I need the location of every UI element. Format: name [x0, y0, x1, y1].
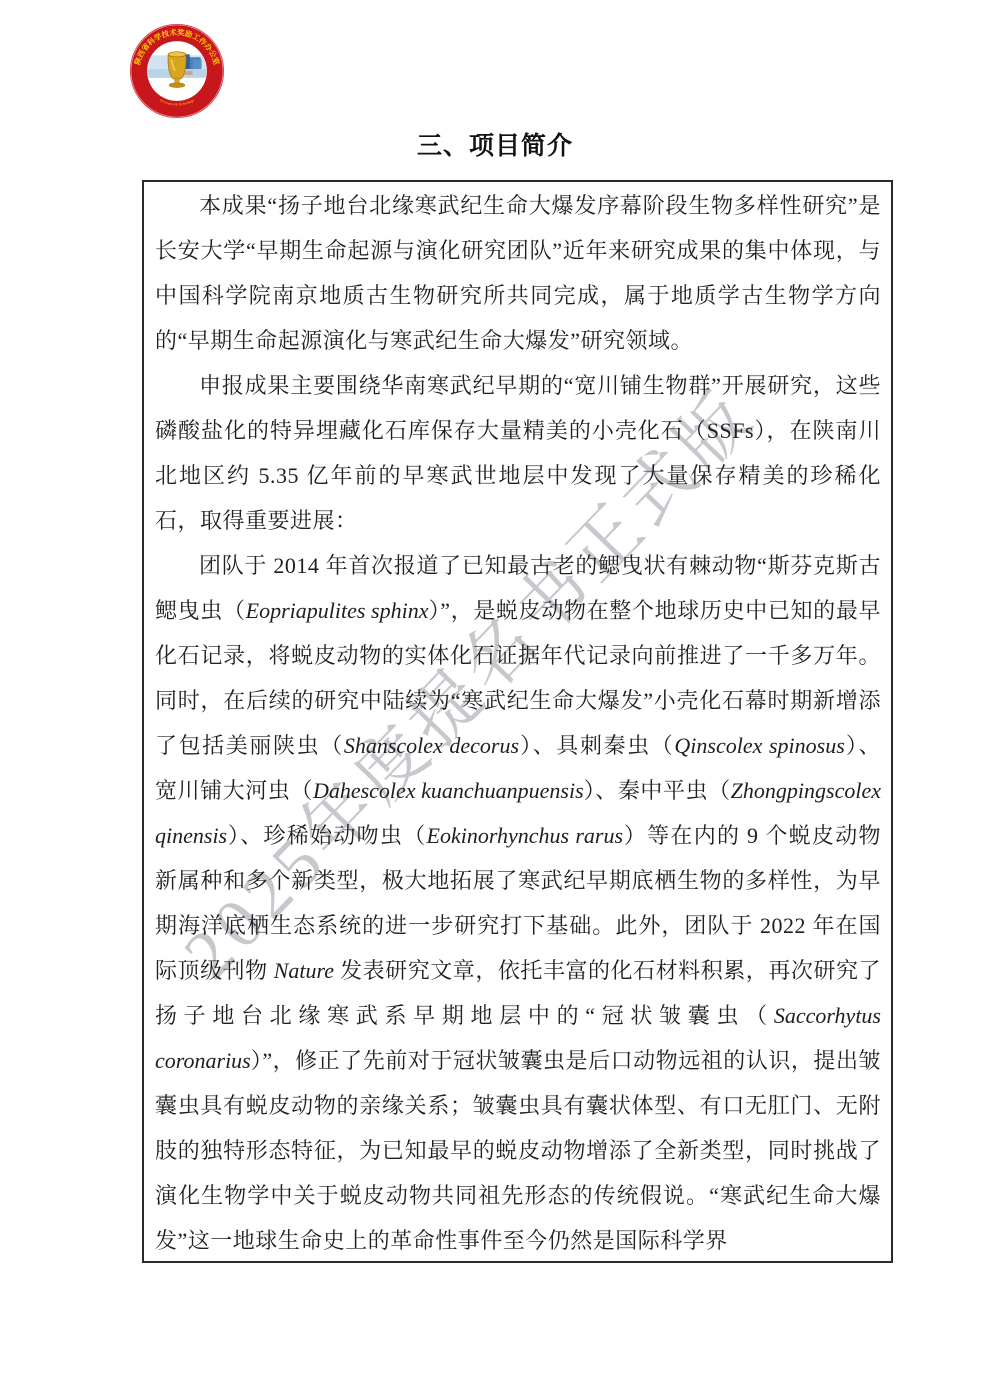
- species-name-italic: Eopriapulites sphinx: [246, 598, 429, 623]
- paragraph: 团队于 2014 年首次报道了已知最古老的鳃曳状有棘动物“斯芬克斯古鳃曳虫（Eo…: [155, 543, 881, 1263]
- species-name-italic: Eokinorhynchus rarus: [427, 823, 624, 848]
- species-name-italic: Shanscolex decorus: [344, 733, 519, 758]
- document-body: 本成果“扬子地台北缘寒武纪生命大爆发序幕阶段生物多样性研究”是长安大学“早期生命…: [144, 182, 891, 1263]
- project-intro-box: 本成果“扬子地台北缘寒武纪生命大爆发序幕阶段生物多样性研究”是长安大学“早期生命…: [142, 180, 893, 1263]
- award-office-seal-logo: 陕西省科学技术奖励工作办公室 Of Science & Technology: [128, 22, 226, 120]
- text-run: 申报成果主要围绕华南寒武纪早期的“宽川铺生物群”开展研究，这些磷酸盐化的特异埋藏…: [155, 373, 881, 533]
- species-name-italic: Dahescolex kuanchuanpuensis: [313, 778, 584, 803]
- text-run: 本成果“扬子地台北缘寒武纪生命大爆发序幕阶段生物多样性研究”是长安大学“早期生命…: [155, 193, 881, 353]
- paragraph: 申报成果主要围绕华南寒武纪早期的“宽川铺生物群”开展研究，这些磷酸盐化的特异埋藏…: [155, 363, 881, 543]
- section-title: 三、项目简介: [0, 126, 990, 162]
- page: { "watermark": { "text": "2025年度提名书正式版" …: [0, 0, 990, 1399]
- paragraph: 本成果“扬子地台北缘寒武纪生命大爆发序幕阶段生物多样性研究”是长安大学“早期生命…: [155, 183, 881, 363]
- text-run: ）”，修正了先前对于冠状皱囊虫是后口动物远祖的认识，提出皱囊虫具有蜕皮动物的亲缘…: [155, 1048, 881, 1253]
- text-run: ）、具刺秦虫（: [519, 733, 674, 758]
- text-run: ）、珍稀始动吻虫（: [227, 823, 426, 848]
- text-run: ）、秦中平虫（: [584, 778, 731, 803]
- species-name-italic: Qinscolex spinosus: [674, 733, 844, 758]
- species-name-italic: Nature: [274, 958, 334, 983]
